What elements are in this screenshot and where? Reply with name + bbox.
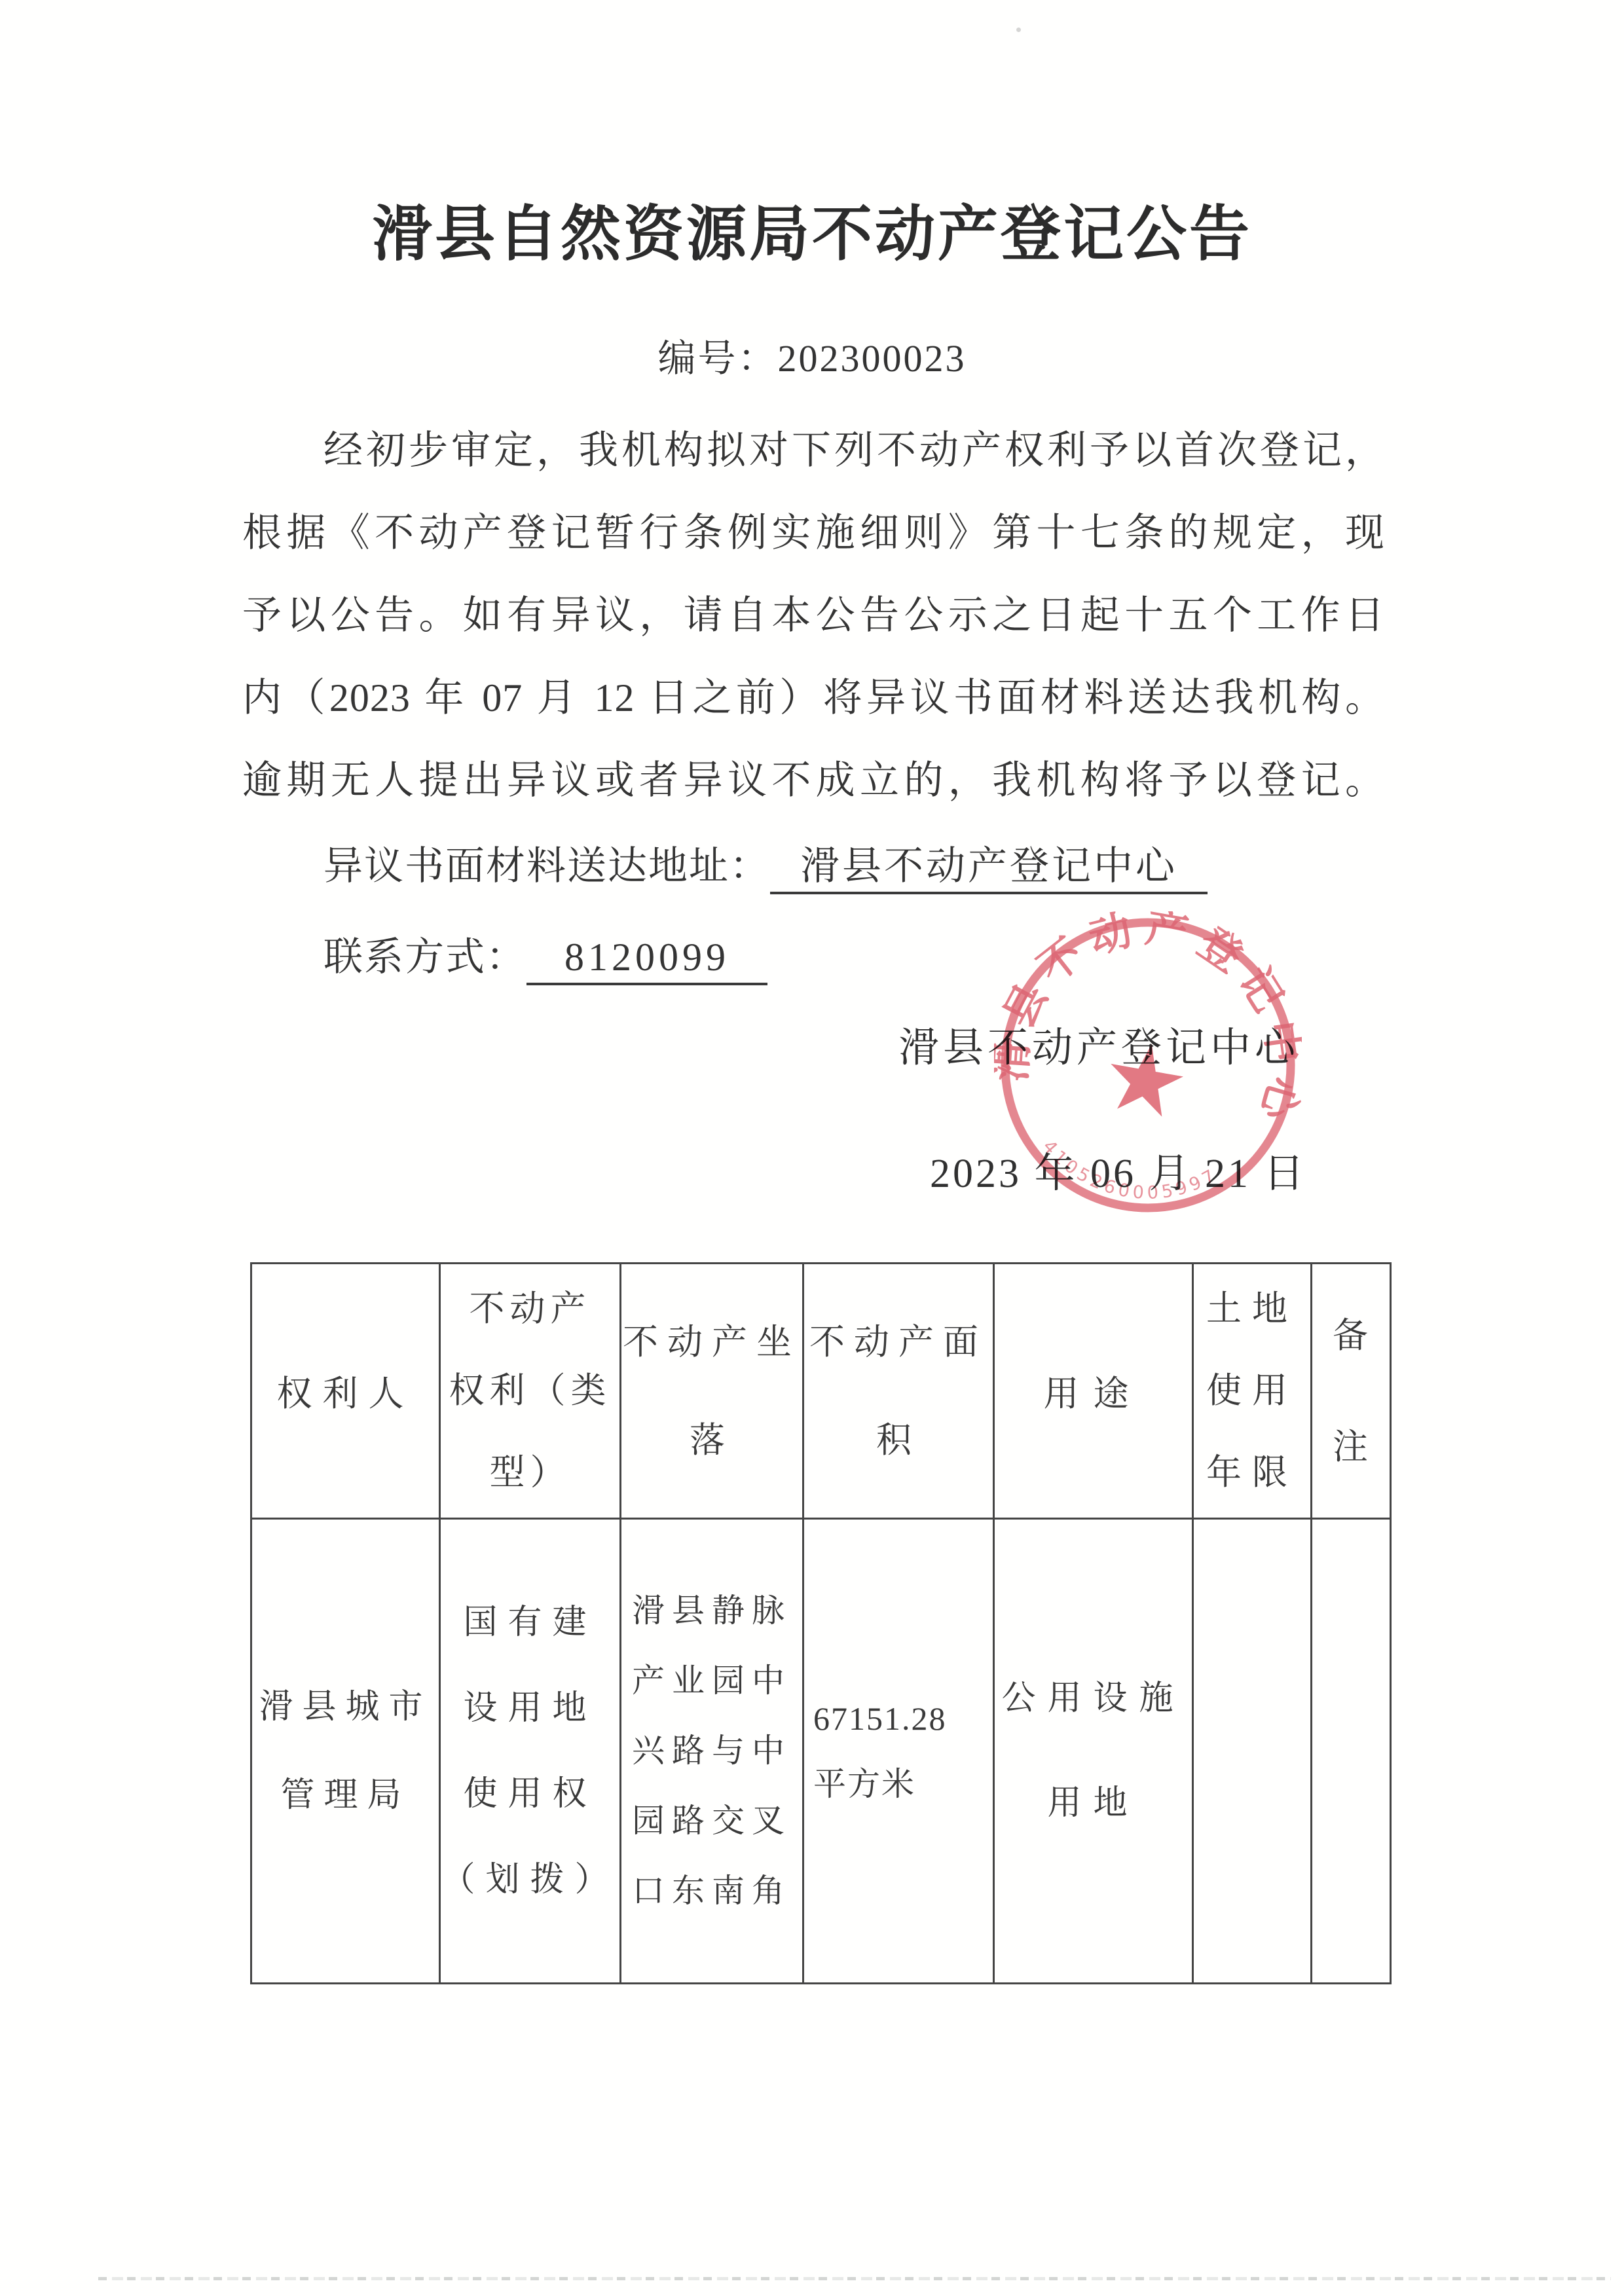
objection-address-line: 异议书面材料送达地址：滑县不动产登记中心 (242, 841, 1385, 891)
contact-value: 8120099 (526, 936, 767, 985)
issue-date: 2023 年 06 月 21 日 (930, 1150, 1307, 1197)
body-line: 根据《不动产登记暂行条例实施细则》第十七条的规定，现 (242, 492, 1385, 574)
contact-line: 联系方式：8120099 (242, 932, 1385, 982)
announcement-body: 经初步审定，我机构拟对下列不动产权利予以首次登记， 根据《不动产登记暂行条例实施… (242, 409, 1385, 822)
body-line: 予以公告。如有异议，请自本公告公示之日起十五个工作日 (242, 574, 1385, 657)
header-land-term: 土地 使用 年限 (1193, 1264, 1312, 1519)
header-location: 不动产坐 落 (621, 1264, 803, 1519)
cell-land-term (1193, 1519, 1312, 1984)
body-line: 内（2023 年 07 月 12 日之前）将异议书面材料送达我机构。 (242, 657, 1385, 739)
table-header-row: 权利人 不动产 权利（类 型） 不动产坐 落 不动产面 积 用途 土地 使用 年… (251, 1264, 1391, 1519)
scan-artifact-line (98, 2277, 1611, 2280)
header-right-type: 不动产 权利（类 型） (440, 1264, 621, 1519)
cell-owner: 滑县城市 管理局 (251, 1519, 440, 1984)
header-usage: 用途 (994, 1264, 1193, 1519)
header-area: 不动产面 积 (803, 1264, 994, 1519)
scanned-announcement-page: 滑县自然资源局不动产登记公告 编号：202300023 经初步审定，我机构拟对下… (0, 0, 1624, 2296)
registration-table: 权利人 不动产 权利（类 型） 不动产坐 落 不动产面 积 用途 土地 使用 年… (250, 1262, 1392, 1984)
objection-address-label: 异议书面材料送达地址： (323, 845, 770, 888)
cell-area: 67151.28 平方米 (803, 1519, 994, 1984)
cell-remark (1312, 1519, 1391, 1984)
contact-label: 联系方式： (323, 936, 526, 979)
cell-location: 滑县静脉 产业园中 兴路与中 园路交叉 口东南角 (621, 1519, 803, 1984)
objection-address-value: 滑县不动产登记中心 (770, 845, 1208, 894)
header-owner: 权利人 (251, 1264, 440, 1519)
doc-number: 编号：202300023 (0, 335, 1624, 382)
cell-usage: 公用设施 用地 (994, 1519, 1193, 1984)
body-line: 经初步审定，我机构拟对下列不动产权利予以首次登记， (242, 409, 1385, 492)
table-data-row: 滑县城市 管理局 国有建 设用地 使用权 （划拨） 滑县静脉 产业园中 兴路与中… (251, 1519, 1391, 1984)
body-line: 逾期无人提出异议或者异议不成立的，我机构将予以登记。 (242, 739, 1385, 822)
issuer-signature: 滑县不动产登记中心 (898, 1025, 1299, 1072)
page-title: 滑县自然资源局不动产登记公告 (0, 189, 1624, 280)
header-remark: 备 注 (1312, 1264, 1391, 1519)
cell-right-type: 国有建 设用地 使用权 （划拨） (440, 1519, 621, 1984)
scan-speck (1016, 27, 1021, 32)
